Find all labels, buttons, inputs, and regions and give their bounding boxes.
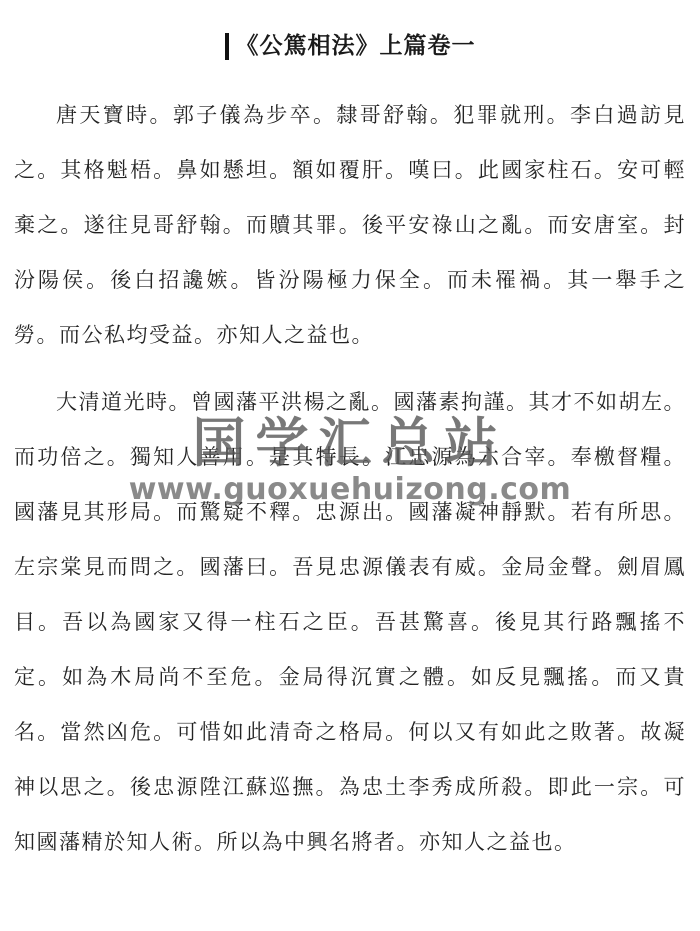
paragraph-qing-dynasty-story: 大清道光時。曾國藩平洪楊之亂。國藩素拘謹。其才不如胡左。而功倍之。獨知人善用。是… [14, 375, 686, 870]
title-marker-bar [225, 33, 229, 60]
document-body: 唐天寶時。郭子儀為步卒。隸哥舒翰。犯罪就刑。李白過訪見之。其格魁梧。鼻如懸坦。額… [14, 88, 686, 870]
paragraph-tang-dynasty-story: 唐天寶時。郭子儀為步卒。隸哥舒翰。犯罪就刑。李白過訪見之。其格魁梧。鼻如懸坦。額… [14, 88, 686, 363]
page-title: 《公篤相法》上篇卷一 [236, 30, 476, 62]
title-row: 《公篤相法》上篇卷一 [0, 0, 700, 62]
document-page: 《公篤相法》上篇卷一 唐天寶時。郭子儀為步卒。隸哥舒翰。犯罪就刑。李白過訪見之。… [0, 0, 700, 931]
